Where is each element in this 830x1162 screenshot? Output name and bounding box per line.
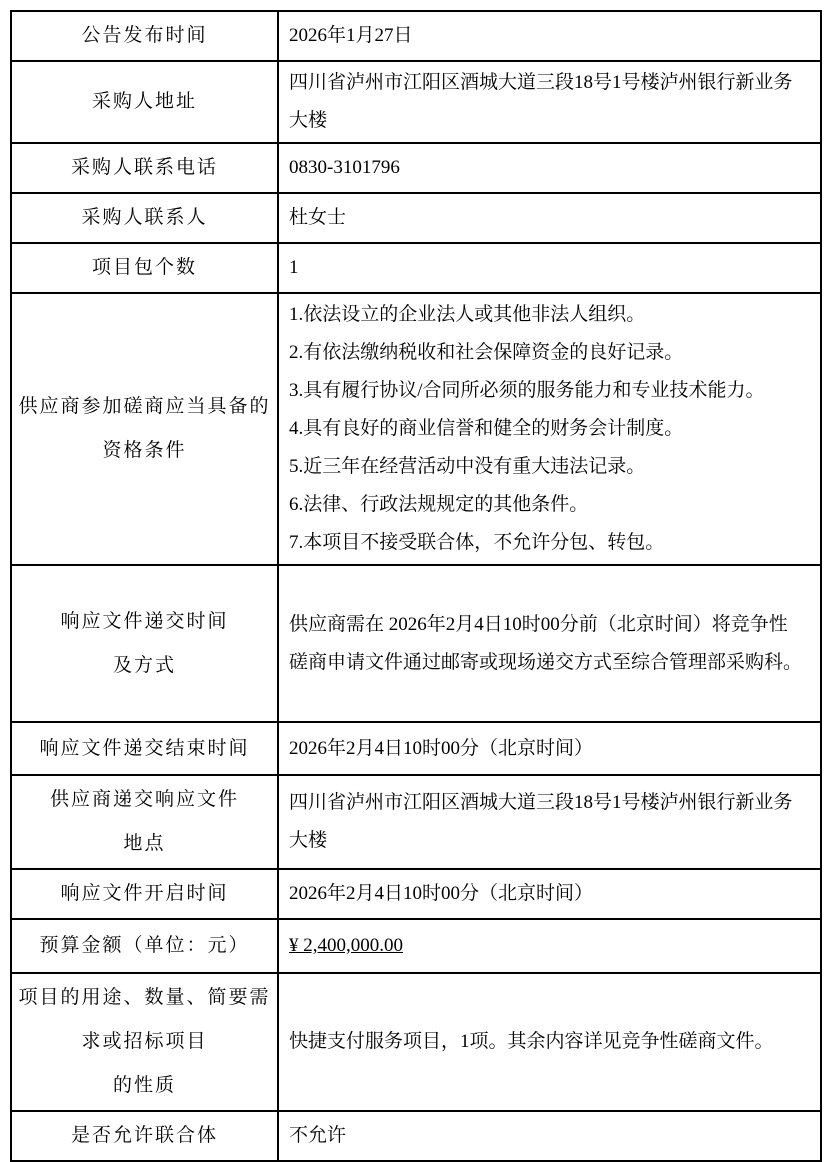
field-value: 2026年1月27日 bbox=[278, 11, 821, 61]
procurement-info-table: 公告发布时间 2026年1月27日 采购人地址 四川省泸州市江阳区酒城大道三段1… bbox=[10, 10, 822, 1162]
field-label-text: 的性质 bbox=[14, 1064, 275, 1108]
budget-amount-value: ¥ 2,400,000.00 bbox=[289, 927, 804, 965]
field-value-text: 0830-3101796 bbox=[289, 149, 804, 187]
field-label: 供应商递交响应文件 地点 bbox=[11, 775, 278, 869]
field-label-text: 地点 bbox=[14, 822, 275, 866]
field-label: 公告发布时间 bbox=[11, 11, 278, 61]
field-value-text: 杜女士 bbox=[289, 199, 804, 237]
field-value: ¥ 2,400,000.00 bbox=[278, 919, 821, 973]
row-consortium-allowed: 是否允许联合体 不允许 bbox=[11, 1111, 821, 1161]
field-label: 项目的用途、数量、简要需 求或招标项目 的性质 bbox=[11, 973, 278, 1111]
field-value: 四川省泸州市江阳区酒城大道三段18号1号楼泸州银行新业务大楼 bbox=[278, 775, 821, 869]
row-purchaser-contact: 采购人联系人 杜女士 bbox=[11, 193, 821, 243]
field-label-text: 项目包个数 bbox=[14, 246, 275, 290]
field-value: 杜女士 bbox=[278, 193, 821, 243]
field-label-text: 公告发布时间 bbox=[14, 14, 275, 58]
field-label: 采购人联系人 bbox=[11, 193, 278, 243]
qualification-item-5: 5.近三年在经营活动中没有重大违法记录。 bbox=[289, 448, 804, 486]
field-value: 四川省泸州市江阳区酒城大道三段18号1号楼泸州银行新业务大楼 bbox=[278, 61, 821, 143]
row-opening-time: 响应文件开启时间 2026年2月4日10时00分（北京时间） bbox=[11, 869, 821, 919]
field-label: 响应文件递交时间 及方式 bbox=[11, 565, 278, 722]
field-label-text: 采购人联系电话 bbox=[14, 146, 275, 190]
procurement-announcement-page: 公告发布时间 2026年1月27日 采购人地址 四川省泸州市江阳区酒城大道三段1… bbox=[0, 0, 830, 1095]
field-label: 响应文件开启时间 bbox=[11, 869, 278, 919]
field-label-text: 响应文件递交结束时间 bbox=[14, 727, 275, 771]
field-value: 快捷支付服务项目，1项。其余内容详见竞争性磋商文件。 bbox=[278, 973, 821, 1111]
row-budget-amount: 预算金额（单位：元） ¥ 2,400,000.00 bbox=[11, 919, 821, 973]
field-label-text: 资格条件 bbox=[14, 429, 275, 473]
row-submission-location: 供应商递交响应文件 地点 四川省泸州市江阳区酒城大道三段18号1号楼泸州银行新业… bbox=[11, 775, 821, 869]
field-label: 项目包个数 bbox=[11, 243, 278, 293]
field-label-text: 采购人地址 bbox=[14, 80, 275, 124]
row-submission-time-method: 响应文件递交时间 及方式 供应商需在 2026年2月4日10时00分前（北京时间… bbox=[11, 565, 821, 722]
field-label-text: 响应文件递交时间 bbox=[14, 600, 275, 644]
field-label-text: 项目的用途、数量、简要需 bbox=[14, 976, 275, 1020]
qualification-item-7: 7.本项目不接受联合体，不允许分包、转包。 bbox=[289, 524, 804, 562]
row-supplier-qualifications: 供应商参加磋商应当具备的 资格条件 1.依法设立的企业法人或其他非法人组织。 2… bbox=[11, 293, 821, 565]
field-label-text: 求或招标项目 bbox=[14, 1020, 275, 1064]
qualification-item-6: 6.法律、行政法规规定的其他条件。 bbox=[289, 486, 804, 524]
field-label-text: 供应商递交响应文件 bbox=[14, 778, 275, 822]
field-value-text: 四川省泸州市江阳区酒城大道三段18号1号楼泸州银行新业务大楼 bbox=[289, 64, 804, 140]
field-value-text: 不允许 bbox=[289, 1117, 804, 1155]
field-label: 是否允许联合体 bbox=[11, 1111, 278, 1161]
field-value-text: 四川省泸州市江阳区酒城大道三段18号1号楼泸州银行新业务大楼 bbox=[289, 784, 804, 860]
field-value: 1.依法设立的企业法人或其他非法人组织。 2.有依法缴纳税收和社会保障资金的良好… bbox=[278, 293, 821, 565]
qualification-item-1: 1.依法设立的企业法人或其他非法人组织。 bbox=[289, 296, 804, 334]
field-label-text: 供应商参加磋商应当具备的 bbox=[14, 385, 275, 429]
field-value: 1 bbox=[278, 243, 821, 293]
field-label-text: 及方式 bbox=[14, 644, 275, 688]
field-value: 2026年2月4日10时00分（北京时间） bbox=[278, 722, 821, 775]
field-label: 预算金额（单位：元） bbox=[11, 919, 278, 973]
field-label: 供应商参加磋商应当具备的 资格条件 bbox=[11, 293, 278, 565]
row-project-purpose: 项目的用途、数量、简要需 求或招标项目 的性质 快捷支付服务项目，1项。其余内容… bbox=[11, 973, 821, 1111]
row-purchaser-phone: 采购人联系电话 0830-3101796 bbox=[11, 143, 821, 193]
row-purchaser-address: 采购人地址 四川省泸州市江阳区酒城大道三段18号1号楼泸州银行新业务大楼 bbox=[11, 61, 821, 143]
field-label-text: 是否允许联合体 bbox=[14, 1114, 275, 1158]
row-submission-deadline: 响应文件递交结束时间 2026年2月4日10时00分（北京时间） bbox=[11, 722, 821, 775]
field-label-text: 预算金额（单位：元） bbox=[14, 924, 275, 968]
field-value-text: 供应商需在 2026年2月4日10时00分前（北京时间）将竞争性磋商申请文件通过… bbox=[289, 606, 804, 682]
field-value-text: 1 bbox=[289, 249, 804, 287]
field-value: 不允许 bbox=[278, 1111, 821, 1161]
field-label: 采购人联系电话 bbox=[11, 143, 278, 193]
field-label: 响应文件递交结束时间 bbox=[11, 722, 278, 775]
qualification-item-2: 2.有依法缴纳税收和社会保障资金的良好记录。 bbox=[289, 334, 804, 372]
field-value: 2026年2月4日10时00分（北京时间） bbox=[278, 869, 821, 919]
row-announcement-date: 公告发布时间 2026年1月27日 bbox=[11, 11, 821, 61]
field-value: 供应商需在 2026年2月4日10时00分前（北京时间）将竞争性磋商申请文件通过… bbox=[278, 565, 821, 722]
field-label-text: 采购人联系人 bbox=[14, 196, 275, 240]
field-value-text: 2026年1月27日 bbox=[289, 17, 804, 55]
field-label-text: 响应文件开启时间 bbox=[14, 872, 275, 916]
qualification-item-3: 3.具有履行协议/合同所必须的服务能力和专业技术能力。 bbox=[289, 372, 804, 410]
field-value-text: 快捷支付服务项目，1项。其余内容详见竞争性磋商文件。 bbox=[289, 1023, 804, 1061]
field-value-text: 2026年2月4日10时00分（北京时间） bbox=[289, 730, 804, 768]
field-label: 采购人地址 bbox=[11, 61, 278, 143]
qualification-item-4: 4.具有良好的商业信誉和健全的财务会计制度。 bbox=[289, 410, 804, 448]
row-package-count: 项目包个数 1 bbox=[11, 243, 821, 293]
field-value-text: 2026年2月4日10时00分（北京时间） bbox=[289, 875, 804, 913]
field-value: 0830-3101796 bbox=[278, 143, 821, 193]
